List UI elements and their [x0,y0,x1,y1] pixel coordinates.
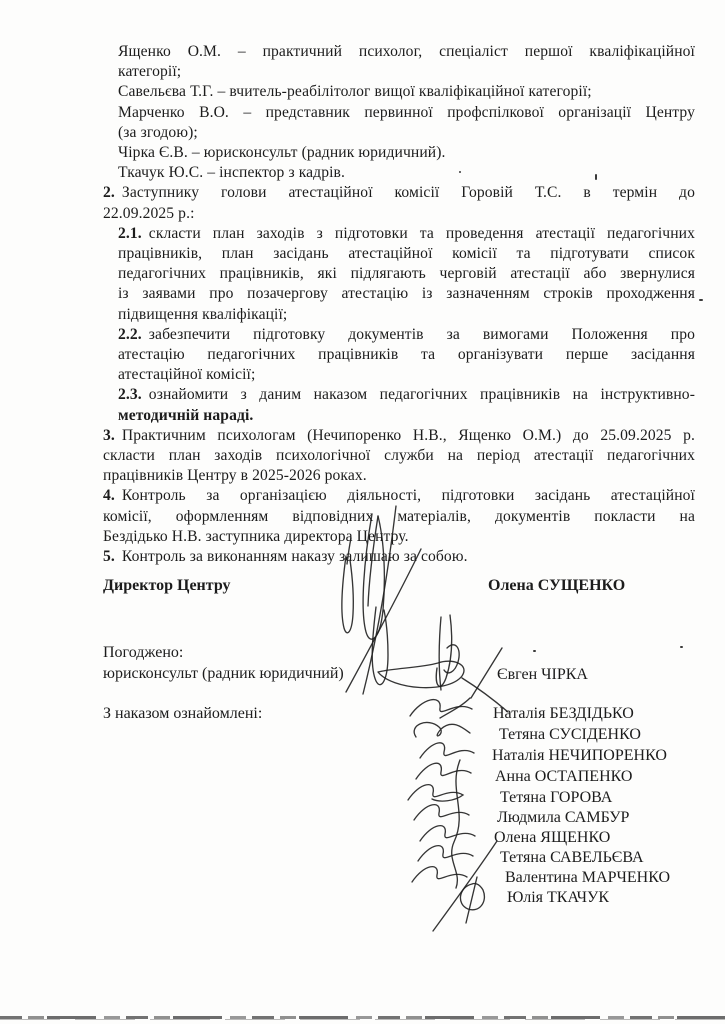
order-text: Ященко О.М. – практичний психолог, спеці… [103,42,695,567]
order-line: Ткачук Ю.С. – інспектор з кадрів. [118,163,695,183]
agreed-label: Погоджено: [103,644,183,662]
order-line: Марченко В.О. – представник первинної пр… [118,103,695,123]
agreed-role: юрисконсульт (радник юридичний) [103,665,344,683]
order-line: Чірка Є.В. – юрисконсульт (радник юридич… [118,143,695,163]
order-line: скласти план заходів психологічної служб… [103,446,695,466]
acknowledged-name: Юлія ТКАЧУК [507,889,609,907]
scan-noise-speck [459,171,461,173]
acknowledged-label: З наказом ознайомлені: [103,705,262,723]
order-line: 5.Контроль за виконанням наказу залишаю … [103,547,695,567]
order-line: категорії; [118,62,695,82]
signature-legal-advisor [378,615,508,712]
scan-noise-speck [699,299,703,301]
order-line: 2.1.скласти план заходів з підготовки та… [118,224,695,244]
order-line: 22.09.2025 р.: [103,204,695,224]
scan-edge-artifact [0,1019,725,1020]
order-line: Ященко О.М. – практичний психолог, спеці… [118,42,695,62]
order-line: (за згодою); [118,123,695,143]
order-line: атестаційної комісії; [118,365,695,385]
order-line: комісії, оформленням відповідних матеріа… [103,507,695,527]
order-line: атестацію педагогічних працівників та ор… [118,345,695,365]
order-line: 3.Практичним психологам (Нечипоренко Н.В… [103,426,695,446]
document-page: Ященко О.М. – практичний психолог, спеці… [0,0,725,1024]
scan-noise-speck [595,174,597,180]
order-line: Савельєва Т.Г. – вчитель-реабілітолог ви… [118,82,695,102]
scan-noise-speck [533,650,536,652]
order-line: 2.2.забезпечити підготовку документів за… [118,325,695,345]
order-line: із заявами про позачергову атестацію із … [118,284,695,304]
order-line: педагогічних працівників, які підлягають… [118,264,695,284]
scan-noise-speck [680,646,683,648]
acknowledged-name: Тетяна ГОРОВА [500,789,612,807]
order-line: 2.3.ознайомити з даним наказом педагогіч… [118,385,695,405]
order-line: Бездідько Н.В. заступника директора Цент… [103,527,695,547]
order-line: працівників, план засідань атестаційної … [118,244,695,264]
signature-scribbles-acknowledged [408,698,497,931]
acknowledged-name: Олена ЯЩЕНКО [494,829,610,847]
acknowledged-name: Тетяна СУСІДЕНКО [499,726,641,744]
acknowledged-name: Наталія БЕЗДІДЬКО [493,705,634,723]
order-line: 4.Контроль за організацією діяльності, п… [103,486,695,506]
order-line: працівників Центру в 2025-2026 роках. [103,466,695,486]
acknowledged-name: Тетяна САВЕЛЬЄВА [500,849,644,867]
order-line: методичній нараді. [118,406,695,426]
acknowledged-name: Наталія НЕЧИПОРЕНКО [492,747,667,765]
acknowledged-name: Анна ОСТАПЕНКО [495,768,632,786]
director-title: Директор Центру [103,577,231,595]
director-name: Олена СУЩЕНКО [488,577,625,595]
acknowledged-name: Людмила САМБУР [497,809,629,827]
order-line: 2.Заступнику голови атестаційної комісії… [103,183,695,203]
agreed-name: Євген ЧІРКА [497,666,588,684]
acknowledged-name: Валентина МАРЧЕНКО [505,869,670,887]
order-line: підвищення кваліфікації; [118,305,695,325]
